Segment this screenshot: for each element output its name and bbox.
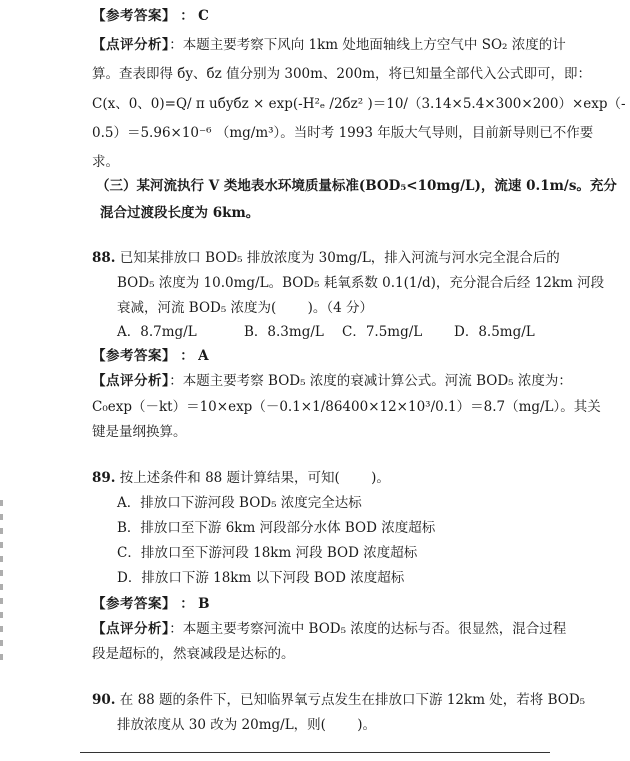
answer-label: 【参考答案】 xyxy=(92,596,176,612)
question-90: 90. 在 88 题的条件下，已知临界氧亏点发生在排放口下游 12km 处，若将… xyxy=(92,692,585,708)
question-number: 90. xyxy=(92,692,116,708)
analysis-line: 【点评分析】：本题主要考察 BOD₅ 浓度的衰减计算公式。河流 BOD₅ 浓度为… xyxy=(92,373,572,389)
analysis-label: 【点评分析】 xyxy=(92,621,169,637)
question-number: 88. xyxy=(92,250,116,266)
answer-value: C xyxy=(198,8,209,24)
answer-line-87: 【参考答案】 ： C xyxy=(92,8,209,24)
analysis-label: 【点评分析】 xyxy=(92,37,169,53)
analysis-line: 0.5）＝5.96×10⁻⁶ （mg/m³）。当时考 1993 年版大气导则，目… xyxy=(92,125,593,141)
option-b: B．8.3mg/L xyxy=(244,324,324,340)
analysis-label: 【点评分析】 xyxy=(92,373,169,389)
question-89: 89. 按上述条件和 88 题计算结果，可知( )。 xyxy=(92,470,390,486)
footer-divider xyxy=(80,752,550,753)
analysis-line: 【点评分析】：本题主要考察下风向 1km 处地面轴线上方空气中 SO₂ 浓度的计 xyxy=(92,37,566,53)
question-line: 衰减，河流 BOD₅ 浓度为( )。（4 分） xyxy=(117,300,373,316)
analysis-line: 求。 xyxy=(92,154,119,170)
question-line: BOD₅ 浓度为 10.0mg/L。BOD₅ 耗氧系数 0.1(1/d)，充分混… xyxy=(117,275,604,291)
scan-edge-marks xyxy=(0,500,3,660)
option-c: C．7.5mg/L xyxy=(342,324,422,340)
option-d: D．8.5mg/L xyxy=(454,324,535,340)
question-line: 排放浓度从 30 改为 20mg/L，则( )。 xyxy=(117,717,376,733)
option-c: C．排放口至下游河段 18km 河段 BOD 浓度超标 xyxy=(117,545,417,561)
section-heading: 混合过渡段长度为 6km。 xyxy=(100,205,259,221)
analysis-line: 【点评分析】：本题主要考察河流中 BOD₅ 浓度的达标与否。很显然，混合过程 xyxy=(92,621,566,637)
answer-value: A xyxy=(198,348,208,364)
option-d: D．排放口下游 18km 以下河段 BOD 浓度超标 xyxy=(117,570,404,586)
question-88: 88. 已知某排放口 BOD₅ 排放浓度为 30mg/L，排入河流与河水完全混合… xyxy=(92,250,560,266)
analysis-line: C(x、0、0)=Q/ π uбyбz × exp(-H²ₑ /2бz² )＝1… xyxy=(92,96,626,112)
analysis-line: 算。查表即得 бy、бz 值分别为 300m、200m，将已知量全部代入公式即可… xyxy=(92,66,591,82)
analysis-line: 键是量纲换算。 xyxy=(92,424,187,440)
analysis-line: C₀exp（－kt）＝10×exp（－0.1×1/86400×12×10³/0.… xyxy=(92,399,601,415)
analysis-line: 段是超标的，然衰减段是达标的。 xyxy=(92,646,295,662)
question-number: 89. xyxy=(92,470,116,486)
answer-line-89: 【参考答案】 ： B xyxy=(92,596,210,612)
option-a: A．排放口下游河段 BOD₅ 浓度完全达标 xyxy=(117,495,362,511)
answer-label: 【参考答案】 xyxy=(92,348,176,364)
answer-value: B xyxy=(198,596,209,612)
option-b: B．排放口至下游 6km 河段部分水体 BOD 浓度超标 xyxy=(117,520,435,536)
section-heading: （三）某河流执行 V 类地表水环境质量标准(BOD₅<10mg/L)，流速 0.… xyxy=(96,178,617,194)
option-a: A．8.7mg/L xyxy=(117,324,197,340)
answer-label: 【参考答案】 xyxy=(92,8,176,24)
answer-line-88: 【参考答案】 ： A xyxy=(92,348,209,364)
